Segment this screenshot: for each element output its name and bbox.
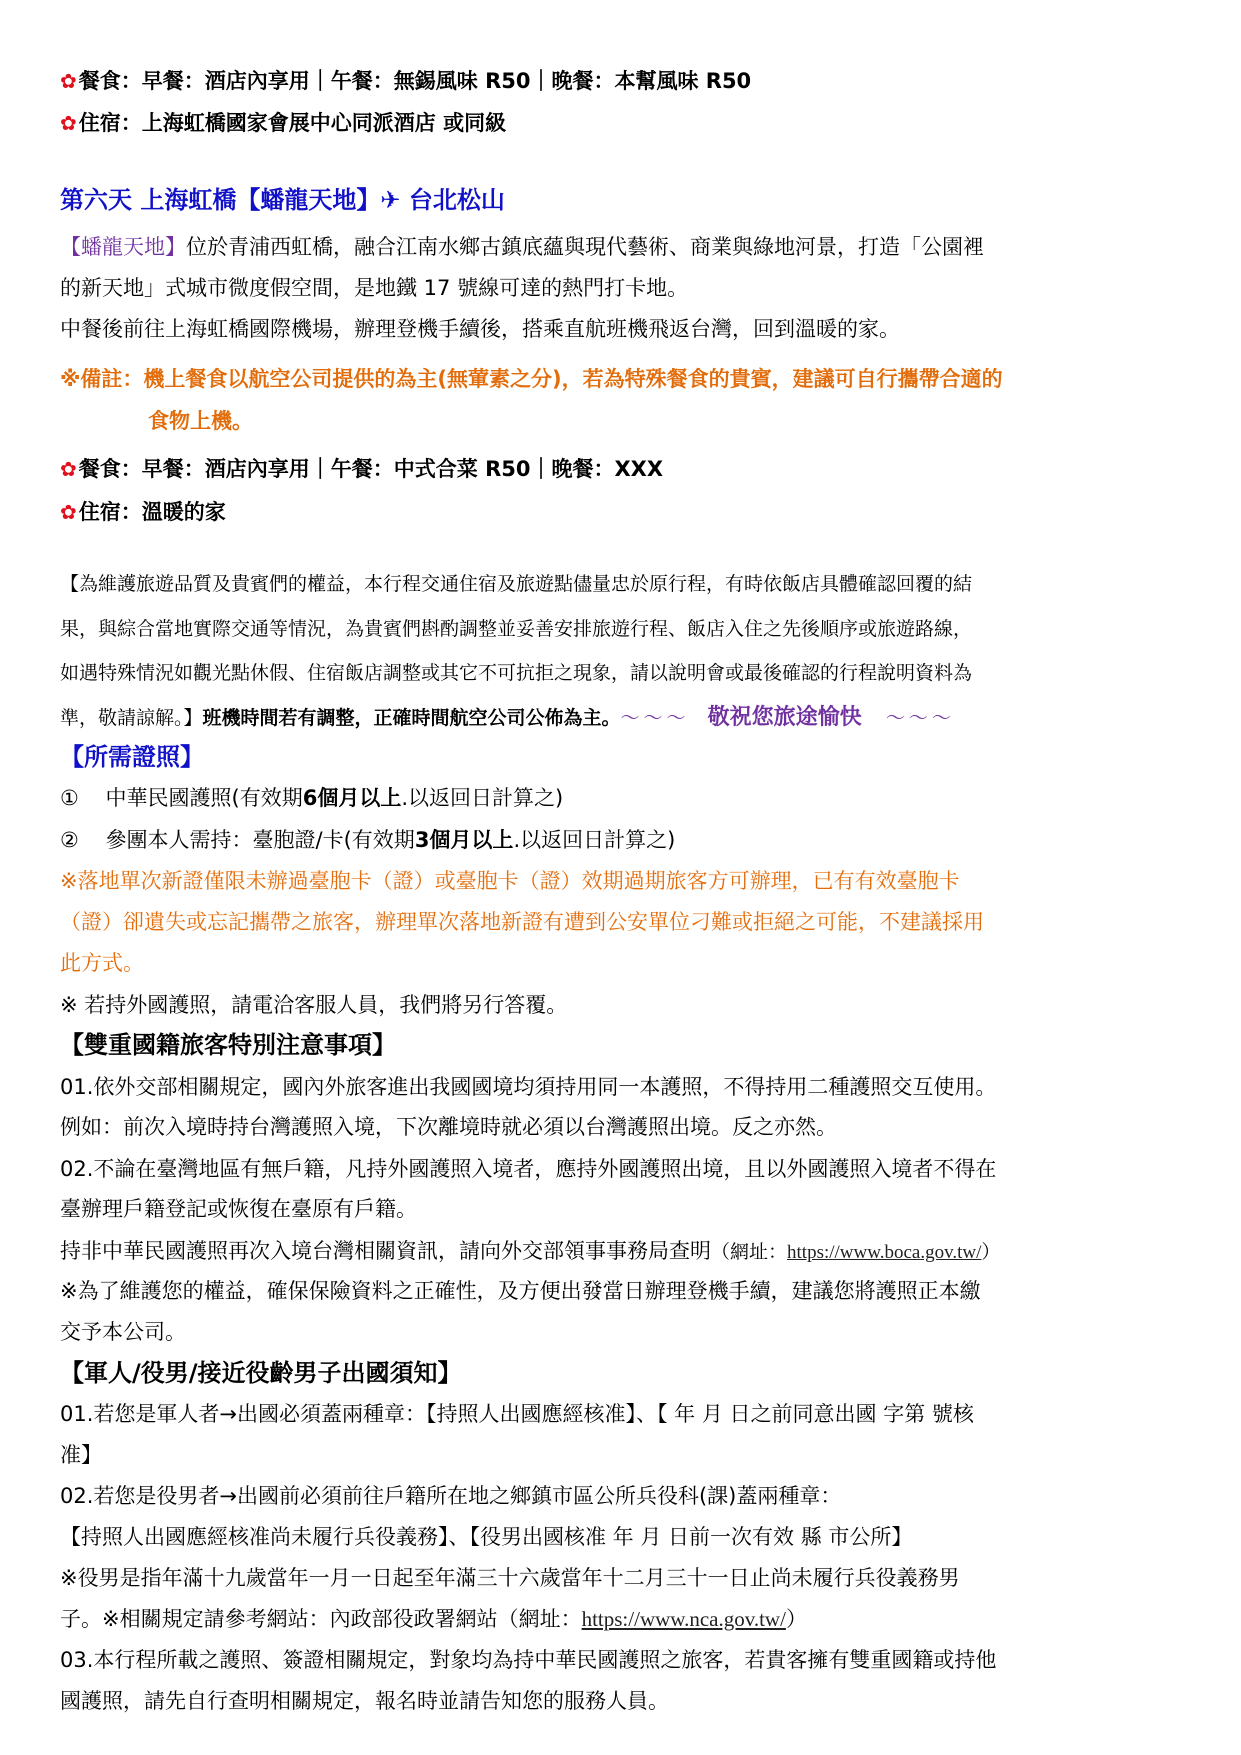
day5-meals: ✿餐食：早餐：酒店內享用｜午餐：無錫風味 R50｜晚餐：本幫風味 R50 — [60, 66, 751, 96]
documents-warning-line3: 此方式。 — [60, 948, 144, 978]
plane-icon: ✈ — [380, 186, 400, 214]
document-item-1: ① 中華民國護照(有效期6個月以上.以返回日計算之) — [60, 783, 563, 813]
day6-lodging: ✿住宿：溫暖的家 — [60, 497, 226, 527]
military-p2-line2: 【持照人出國應經核准尚未履行兵役義務】、【役男出國核准 年 月 日前一次有效 縣… — [60, 1522, 912, 1552]
military-p1-line2: 准】 — [60, 1440, 102, 1470]
dual-nationality-heading: 【雙重國籍旅客特別注意事項】 — [60, 1030, 396, 1060]
flower-icon: ✿ — [60, 500, 77, 524]
military-p4-line1: 03.本行程所載之護照、簽證相關規定，對象均為持中華民國護照之旅客，若貴客擁有雙… — [60, 1645, 996, 1675]
dual-p3: 持非中華民國護照再次入境台灣相關資訊，請向外交部領事事務局查明（網址：https… — [60, 1236, 1000, 1268]
day6-title: 第六天 上海虹橋【蟠龍天地】✈ 台北松山 — [60, 185, 505, 215]
day6-meals: ✿餐食：早餐：酒店內享用｜午餐：中式合菜 R50｜晚餐：XXX — [60, 454, 663, 484]
disclaimer-line2: 果，與綜合當地實際交通等情況，為貴賓們斟酌調整並妥善安排旅遊行程、飯店入住之先後… — [60, 614, 972, 644]
flower-icon: ✿ — [60, 111, 77, 135]
documents-heading: 【所需證照】 — [60, 742, 204, 772]
document-item-2: ② 參團本人需持：臺胞證/卡(有效期3個月以上.以返回日計算之) — [60, 825, 675, 855]
documents-warning-line2: （證）卻遺失或忘記攜帶之旅客，辦理單次落地新證有遭到公安單位刁難或拒絕之可能，不… — [60, 907, 984, 937]
highlight-spot: 【蟠龍天地】 — [60, 235, 186, 259]
military-p4-line2: 國護照，請先自行查明相關規定，報名時並請告知您的服務人員。 — [60, 1686, 669, 1716]
dual-p1-line1: 01.依外交部相關規定，國內外旅客進出我國國境均須持用同一本護照，不得持用二種護… — [60, 1072, 996, 1102]
day5-lodging: ✿住宿：上海虹橋國家會展中心同派酒店 或同級 — [60, 108, 506, 138]
foreign-passport-note: ※ 若持外國護照，請電洽客服人員，我們將另行答覆。 — [60, 990, 567, 1020]
dual-p2-line1: 02.不論在臺灣地區有無戶籍，凡持外國護照入境者，應持外國護照出境，且以外國護照… — [60, 1154, 996, 1184]
military-p1-line1: 01.若您是軍人者→出國必須蓋兩種章：【持照人出國應經核准】、【 年 月 日之前… — [60, 1399, 974, 1429]
flower-icon: ✿ — [60, 457, 77, 481]
day6-note-line1: ※備註：機上餐食以航空公司提供的為主(無葷素之分)，若為特殊餐食的貴賓，建議可自… — [60, 364, 1003, 394]
dual-p4-line2: 交予本公司。 — [60, 1317, 186, 1347]
military-heading: 【軍人/役男/接近役齡男子出國須知】 — [60, 1358, 462, 1388]
farewell-wish: 敬祝您旅途愉快 — [708, 705, 862, 730]
dual-p1-line2: 例如：前次入境時持台灣護照入境，下次離境時就必須以台灣護照出境。反之亦然。 — [60, 1112, 837, 1142]
day6-desc-line2: 的新天地」式城市微度假空間，是地鐵 17 號線可達的熱門打卡地。 — [60, 273, 688, 303]
disclaimer-line4: 準，敬請諒解。】班機時間若有調整，正確時間航空公司公佈為主。～～～ 敬祝您旅途愉… — [60, 703, 955, 733]
disclaimer-line1: 【為維護旅遊品質及貴賓們的權益，本行程交通住宿及旅遊點儘量忠於原行程，有時依飯店… — [60, 569, 972, 599]
disclaimer-line3: 如遇特殊情況如觀光點休假、住宿飯店調整或其它不可抗拒之現象，請以說明會或最後確認… — [60, 658, 972, 688]
day6-note-line2: 食物上機。 — [148, 406, 253, 436]
military-p3-line2: 子。※相關規定請參考網站：內政部役政署網站（網址：https://www.nca… — [60, 1604, 807, 1634]
dual-p2-line2: 臺辦理戶籍登記或恢復在臺原有戶籍。 — [60, 1194, 417, 1224]
documents-warning-line1: ※落地單次新證僅限未辦過臺胞卡（證）或臺胞卡（證）效期過期旅客方可辦理，已有有效… — [60, 866, 960, 896]
military-p3-line1: ※役男是指年滿十九歲當年一月一日起至年滿三十六歲當年十二月三十一日止尚未履行兵役… — [60, 1563, 960, 1593]
military-p2-line1: 02.若您是役男者→出國前必須前往戶籍所在地之鄉鎮市區公所兵役科(課)蓋兩種章： — [60, 1481, 841, 1511]
dual-p4-line1: ※為了維護您的權益，確保保險資料之正確性，及方便出發當日辦理登機手續，建議您將護… — [60, 1276, 981, 1306]
day6-desc-line1: 【蟠龍天地】位於青浦西虹橋，融合江南水鄉古鎮底蘊與現代藝術、商業與綠地河景，打造… — [60, 232, 984, 262]
day6-desc-line3: 中餐後前往上海虹橋國際機場，辦理登機手續後，搭乘直航班機飛返台灣，回到溫暖的家。 — [60, 314, 900, 344]
boca-link[interactable]: https://www.boca.gov.tw/ — [787, 1242, 981, 1263]
nca-link[interactable]: https://www.nca.gov.tw/ — [582, 1607, 786, 1631]
flower-icon: ✿ — [60, 69, 77, 93]
